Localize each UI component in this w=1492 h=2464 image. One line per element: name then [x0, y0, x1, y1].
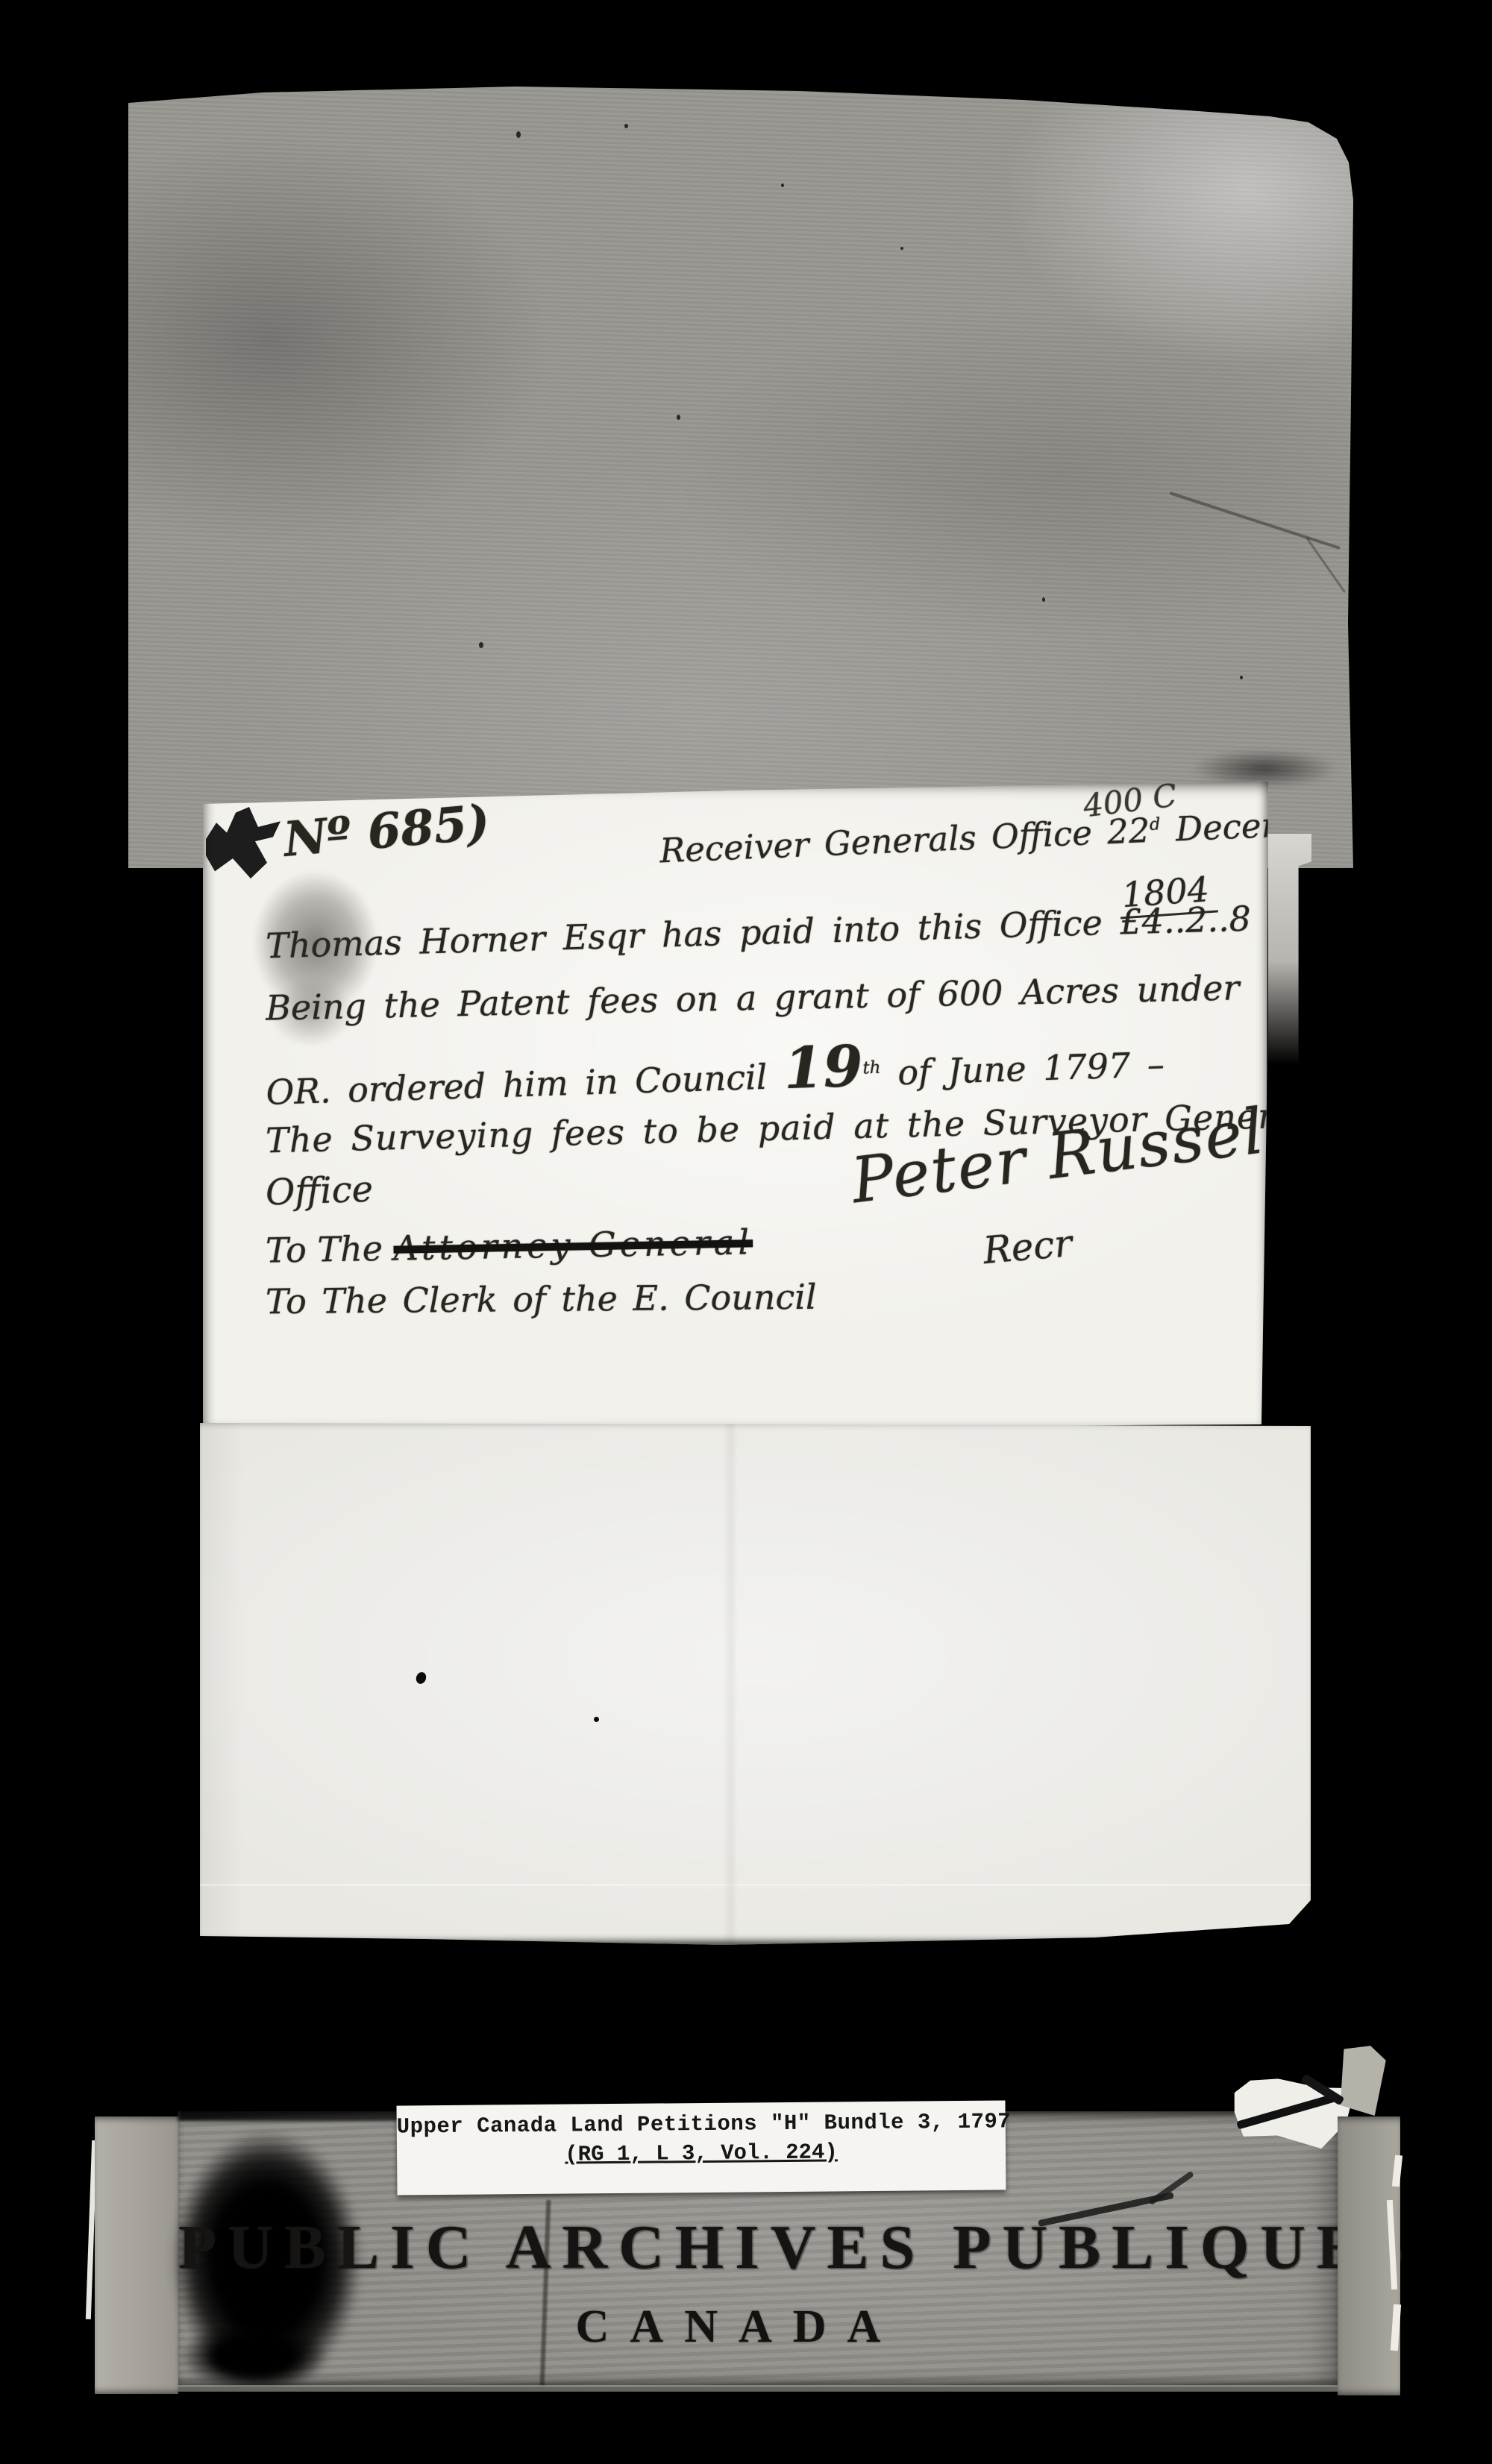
- paper-speck: [900, 247, 903, 250]
- receipt-line-3-pre: OR. ordered him in Council: [266, 1056, 785, 1113]
- office-heading: Receiver Generals Office 22d December: [659, 803, 1351, 870]
- paper-speck: [1240, 676, 1243, 679]
- paper-speck: [479, 642, 483, 648]
- receipt-note: Nº 685) 400 C Receiver Generals Office 2…: [203, 782, 1268, 1429]
- routing-line-1-prefix: To The: [266, 1228, 395, 1271]
- torn-ink-mark: [206, 807, 280, 879]
- receipt-line-3: OR. ordered him in Council 19th of June …: [265, 1028, 1165, 1113]
- typed-label: Upper Canada Land Petitions "H" Bundle 3…: [396, 2100, 1006, 2195]
- banner-title: PUBLIC ARCHIVES PUBLIQUES: [178, 2211, 1338, 2284]
- receipt-line-5: Office: [265, 1169, 374, 1214]
- ink-speck: [594, 1717, 599, 1722]
- page-shine-line: [200, 1884, 1311, 1886]
- office-heading-superscript: d: [1149, 814, 1160, 835]
- routing-line-1-struck-text: Attorney General: [393, 1222, 753, 1268]
- banner-subtitle: CANADA: [159, 2301, 1318, 2354]
- doc-number: Nº 685): [281, 795, 492, 867]
- paper-speck: [516, 131, 521, 138]
- tape-fragment: [1335, 2042, 1388, 2116]
- paper-speck: [781, 183, 784, 187]
- routing-line-struck: To The Attorney General: [266, 1222, 753, 1270]
- receipt-line-2: Being the Patent fees on a grant of 600 …: [266, 968, 1240, 1028]
- paper-speck: [1042, 597, 1045, 602]
- council-day-superscript: th: [862, 1058, 881, 1078]
- council-day: 19: [783, 1033, 864, 1101]
- folded-edge-strip: [1268, 834, 1311, 1065]
- lower-page-sheet: [200, 1423, 1311, 1945]
- signature-role: Recr: [982, 1222, 1074, 1273]
- label-line-1: Upper Canada Land Petitions "H" Bundle 3…: [397, 2109, 1006, 2139]
- paper-speck: [677, 415, 680, 420]
- paper-speck: [624, 124, 628, 128]
- office-heading-text: Receiver Generals Office 22: [659, 811, 1150, 870]
- page-crease: [722, 1423, 745, 1945]
- receipt-line-1: Thomas Horner Esqr has paid into this Of…: [266, 899, 1252, 967]
- ink-speck: [415, 1671, 428, 1685]
- archives-banner: PUBLIC ARCHIVES PUBLIQUES CANADA Upper C…: [0, 2073, 1492, 2464]
- banner-bottom-strip: [178, 2385, 1338, 2392]
- label-line-2: (RG 1, L 3, Vol. 224): [397, 2138, 1006, 2168]
- receipt-line-3-post: of June 1797 –: [880, 1044, 1165, 1093]
- aged-paper-sheet: [128, 87, 1353, 868]
- archive-scan-canvas: Nº 685) 400 C Receiver Generals Office 2…: [0, 0, 1492, 2464]
- paper-crack: [1169, 491, 1340, 550]
- routing-line-clerk: To The Clerk of the E. Council: [266, 1277, 817, 1321]
